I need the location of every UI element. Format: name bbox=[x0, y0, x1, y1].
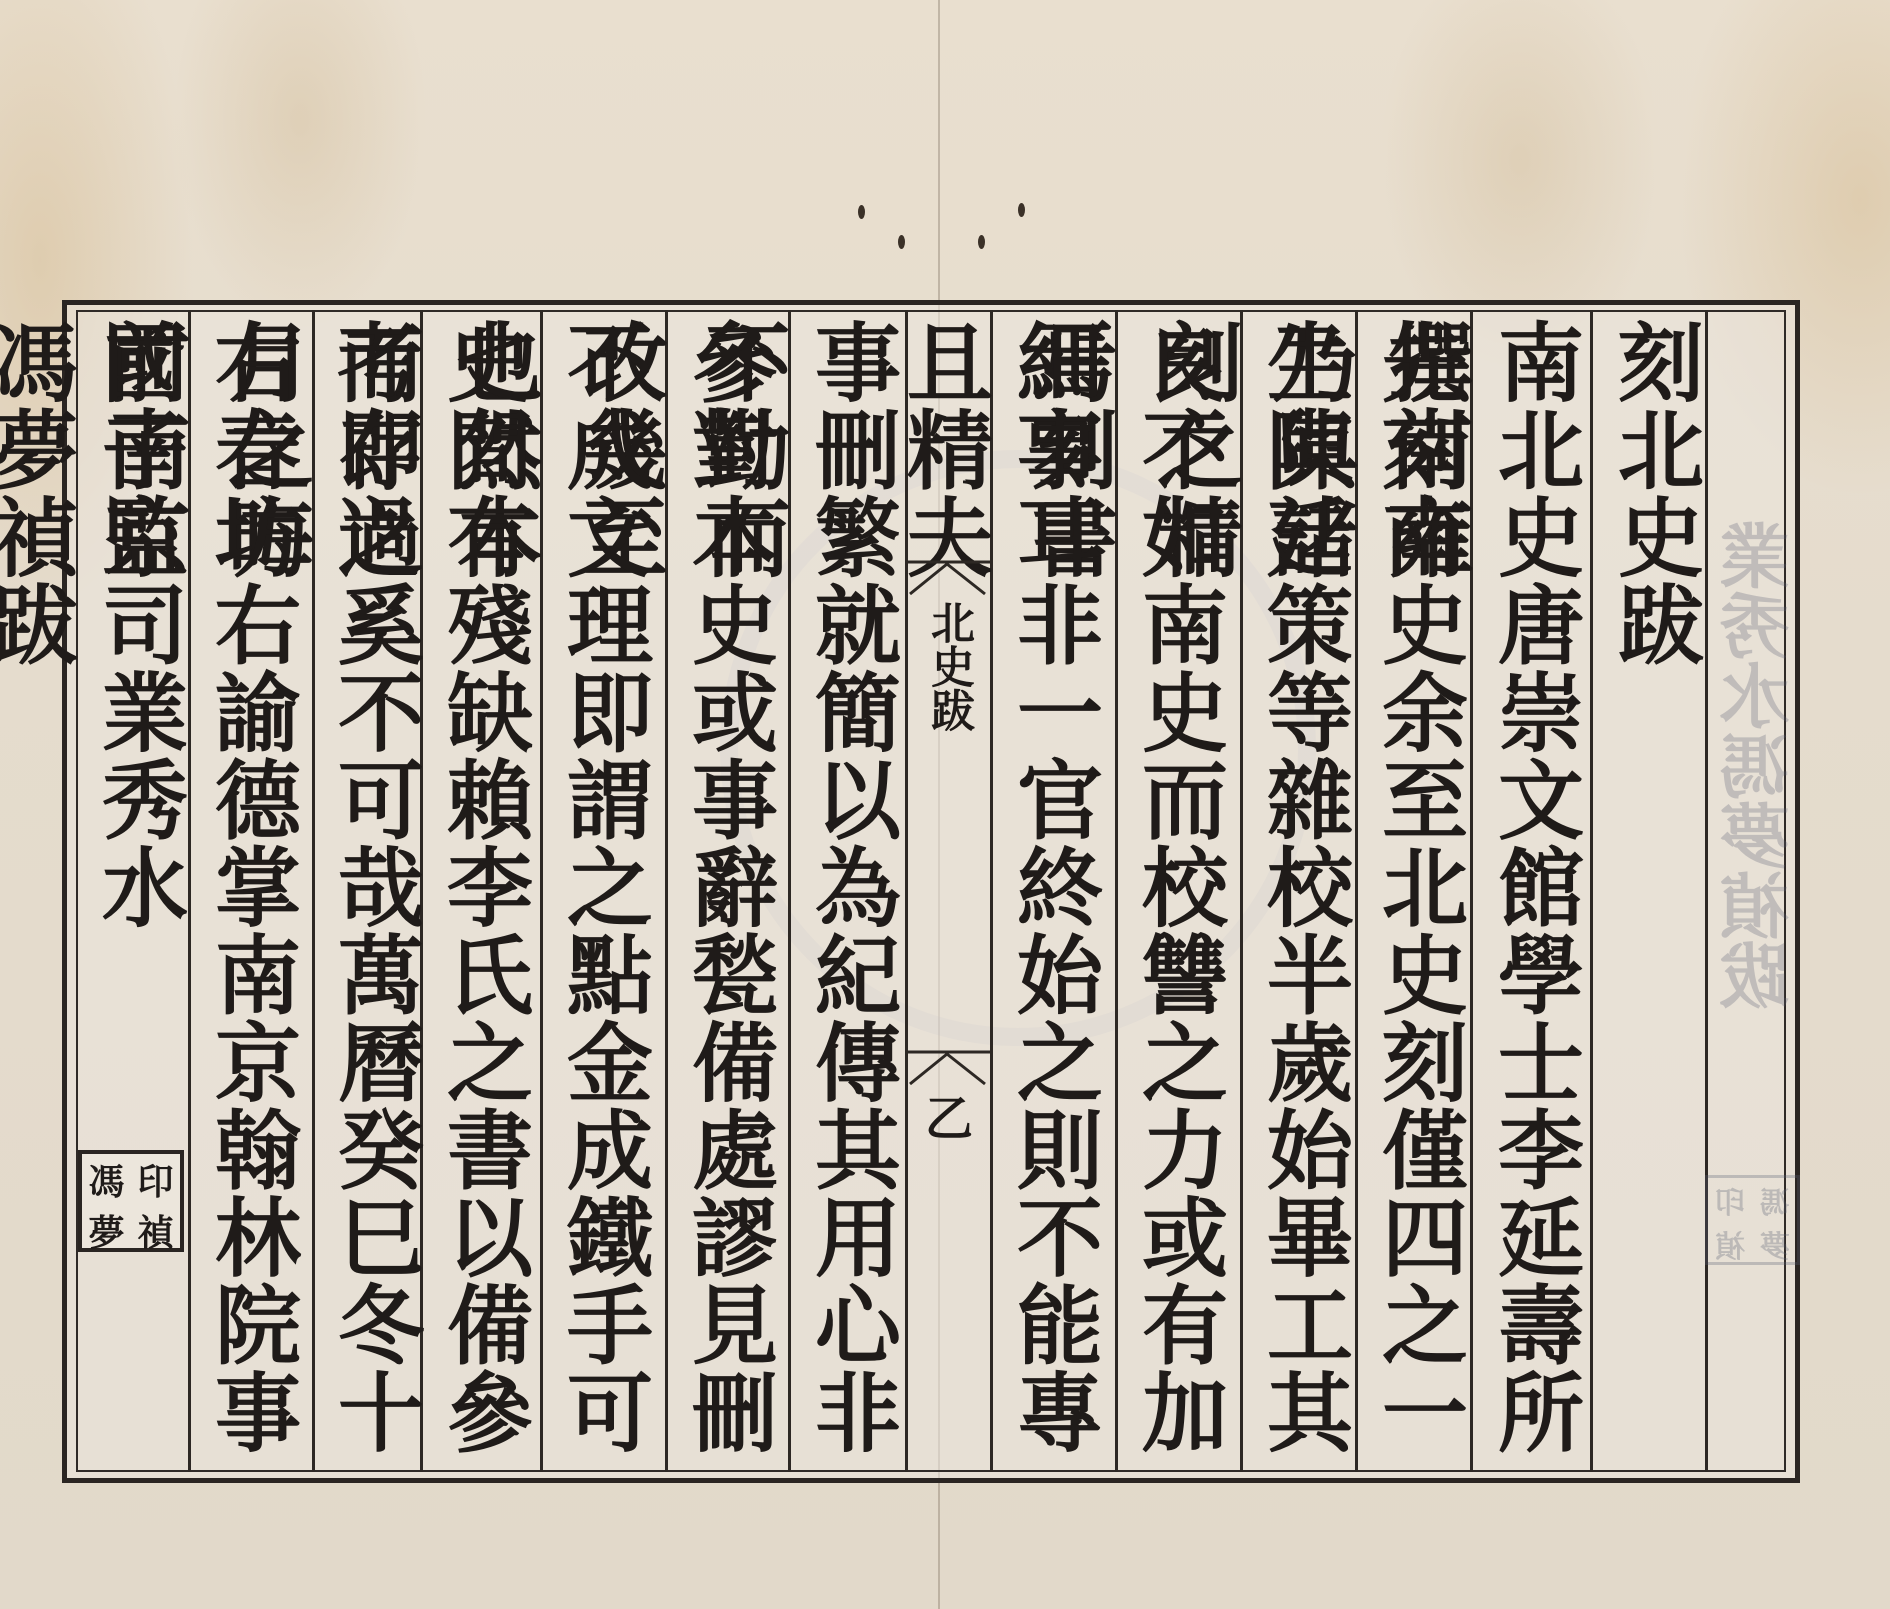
seal-char: 馮 bbox=[82, 1154, 131, 1205]
text-column: 參對本史或事辭甃備處謬見刪改幾至 bbox=[672, 318, 782, 1468]
text-column: 南北史唐崇文館學士李延壽所撰南雍 bbox=[1478, 318, 1588, 1468]
wormhole-mark bbox=[858, 205, 865, 219]
text-column: 右春坊右諭德掌南京翰林院事前南京 bbox=[195, 318, 305, 1468]
seal-char: 禎 bbox=[131, 1205, 180, 1256]
ghost-print-text: 業秀水馮夢禎跋 bbox=[1720, 520, 1800, 1010]
text-column: 先刻南史余至北史刻僅四之一乃與諸 bbox=[1362, 318, 1472, 1468]
text-column: 事刪繁就簡以為紀傳其用心非不勤而 bbox=[795, 318, 905, 1468]
text-column: 不成文理即謂之點金成鐵手可也然本 bbox=[547, 318, 657, 1468]
wormhole-mark bbox=[898, 235, 905, 249]
seal-char: 印 bbox=[131, 1154, 180, 1205]
text-column-signature: 國子監司業秀水馮夢禎跋 bbox=[82, 318, 192, 938]
ghost-print-seal: 馮 印 夢 禎 bbox=[1705, 1175, 1800, 1265]
text-column: 細事耳非一官終始之則不能專且精夫 bbox=[997, 318, 1107, 1468]
column-divider bbox=[1590, 310, 1593, 1472]
text-column: 而存之奚不可哉萬曆癸巳冬十月之晦 bbox=[318, 318, 428, 1468]
wormhole-mark bbox=[1018, 203, 1025, 217]
fishtail-mark-upper bbox=[905, 560, 990, 596]
seal-char: 夢 bbox=[82, 1205, 131, 1256]
author-seal: 馮 印 夢 禎 bbox=[78, 1150, 184, 1252]
banxin-center-column: 北史跋 乙 bbox=[905, 310, 990, 1472]
text-column-title: 刻北史跋 bbox=[1598, 318, 1708, 1468]
text-column: 史間有殘缺賴李氏之書以備參考即過 bbox=[427, 318, 537, 1468]
banxin-title: 北史跋 bbox=[923, 600, 973, 732]
wormhole-mark bbox=[978, 235, 985, 249]
text-column: 生陳廷策等雜校半歲始畢工其刻之精 bbox=[1247, 318, 1357, 1468]
text-column: 良不如南史而校讐之力或有加焉刻書 bbox=[1122, 318, 1232, 1468]
banxin-page-number: 乙 bbox=[925, 1080, 973, 1149]
